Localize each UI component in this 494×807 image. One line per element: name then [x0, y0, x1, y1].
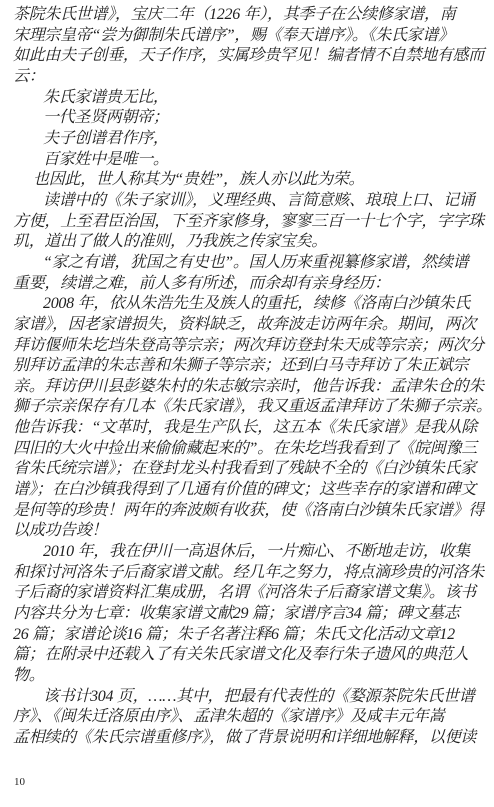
text-line: 宋理宗皇帝“尝为御制朱氏谱序”，赐《奉天谱序》。《朱氏家谱》 — [13, 26, 491, 47]
text-line: 和探讨河洛朱子后裔家谱文献。经几年之努力，将点滴珍贵的河洛朱 — [13, 563, 491, 584]
text-line: 是何等的珍贵！两年的奔波颇有收获，使《洛南白沙镇朱氏家谱》得 — [13, 501, 491, 522]
text-line: 夫子创谱君作序， — [13, 129, 491, 150]
text-line: 朱氏家谱贵无比， — [13, 88, 491, 109]
text-line: 序》、《闽朱迁洛原由序》、孟津朱超的《家谱序》及咸丰元年嵩 — [13, 707, 491, 728]
text-line: 家谱》，因老家谱损失，资料缺乏，故奔波走访两年余。期间，两次 — [13, 315, 491, 336]
text-line: 亲。拜访伊川县彭婆朱村的朱志敏宗亲时，他告诉我：孟津朱仓的朱 — [13, 377, 491, 398]
text-line: 四旧的大火中捡出来偷偷藏起来的”。在朱圪垱我看到了《皖闽豫三 — [13, 439, 491, 460]
text-line: 物。 — [13, 666, 491, 687]
text-line: 重要，续谱之难，前人多有所述，而余却有亲身经历： — [13, 274, 491, 295]
text-line: 一代圣贤两朝帝； — [13, 108, 491, 129]
text-line: 篇；在附录中还载入了有关朱氏家谱文化及奉行朱子遗风的典范人 — [13, 645, 491, 666]
text-line: 云： — [13, 67, 491, 88]
text-line: 省朱氏统宗谱》；在登封龙头村我看到了残缺不全的《白沙镇朱氏家 — [13, 459, 491, 480]
text-line: 百家姓中是唯一。 — [13, 150, 491, 171]
text-line: 2010 年，我在伊川一高退休后，一片痴心、不断地走访，收集 — [13, 542, 491, 563]
text-line: 狮子宗亲保存有几本《朱氏家谱》，我又重返孟津拜访了朱狮子宗亲。 — [13, 397, 491, 418]
text-line: 茶院朱氏世谱》，宝庆二年（1226 年），其季子在公续修家谱，南 — [13, 5, 491, 26]
text-line: 以成功告竣！ — [13, 521, 491, 542]
text-line: 2008 年，依从朱浩先生及族人的重托，续修《洛南白沙镇朱氏 — [13, 294, 491, 315]
text-line: 内容共分为七章：收集家谱文献29 篇；家谱序言34 篇；碑文墓志 — [13, 604, 491, 625]
text-line: 他告诉我：“文革时，我是生产队长，这五本《朱氏家谱》是我从除 — [13, 418, 491, 439]
text-line: 拜访偃师朱圪垱朱登高等宗亲；两次拜访登封朱天成等宗亲；两次分 — [13, 336, 491, 357]
text-line: 别拜访孟津的朱志善和朱狮子等宗亲；还到白马寺拜访了朱正斌宗 — [13, 356, 491, 377]
document-page: 茶院朱氏世谱》，宝庆二年（1226 年），其季子在公续修家谱，南宋理宗皇帝“尝为… — [0, 0, 494, 807]
text-line: 26 篇；家谱论谈16 篇；朱子名著注释6 篇；朱氏文化活动文章12 — [13, 625, 491, 646]
text-line: 方便，上至君臣治国，下至齐家修身，寥寥三百一十七个字，字字珠 — [13, 212, 491, 233]
page-number: 10 — [14, 776, 25, 788]
text-line: 也因此，世人称其为“贵姓”，族人亦以此为荣。 — [13, 170, 491, 191]
text-line: 谱》；在白沙镇我得到了几通有价值的碑文；这些幸存的家谱和碑文 — [13, 480, 491, 501]
text-line: 玑，道出了做人的准则，乃我族之传家宝矣。 — [13, 232, 491, 253]
text-block: 茶院朱氏世谱》，宝庆二年（1226 年），其季子在公续修家谱，南宋理宗皇帝“尝为… — [13, 5, 491, 749]
text-line: 孟相续的《朱氏宗谱重修序》，做了背景说明和详细地解释，以便读 — [13, 728, 491, 749]
text-line: “家之有谱，犹国之有史也”。国人历来重视纂修家谱，然续谱 — [13, 253, 491, 274]
text-line: 子后裔的家谱资料汇集成册，名谓《河洛朱子后裔家谱文集》。该书 — [13, 583, 491, 604]
text-line: 如此由夫子创垂，天子作序，实属珍贵罕见！编者情不自禁地有感而 — [13, 46, 491, 67]
text-line: 该书计304 页，……其中，把最有代表性的《婺源茶院朱氏世谱 — [13, 687, 491, 708]
text-line: 读谱中的《朱子家训》，义理经典、言简意赅、琅琅上口、记诵 — [13, 191, 491, 212]
